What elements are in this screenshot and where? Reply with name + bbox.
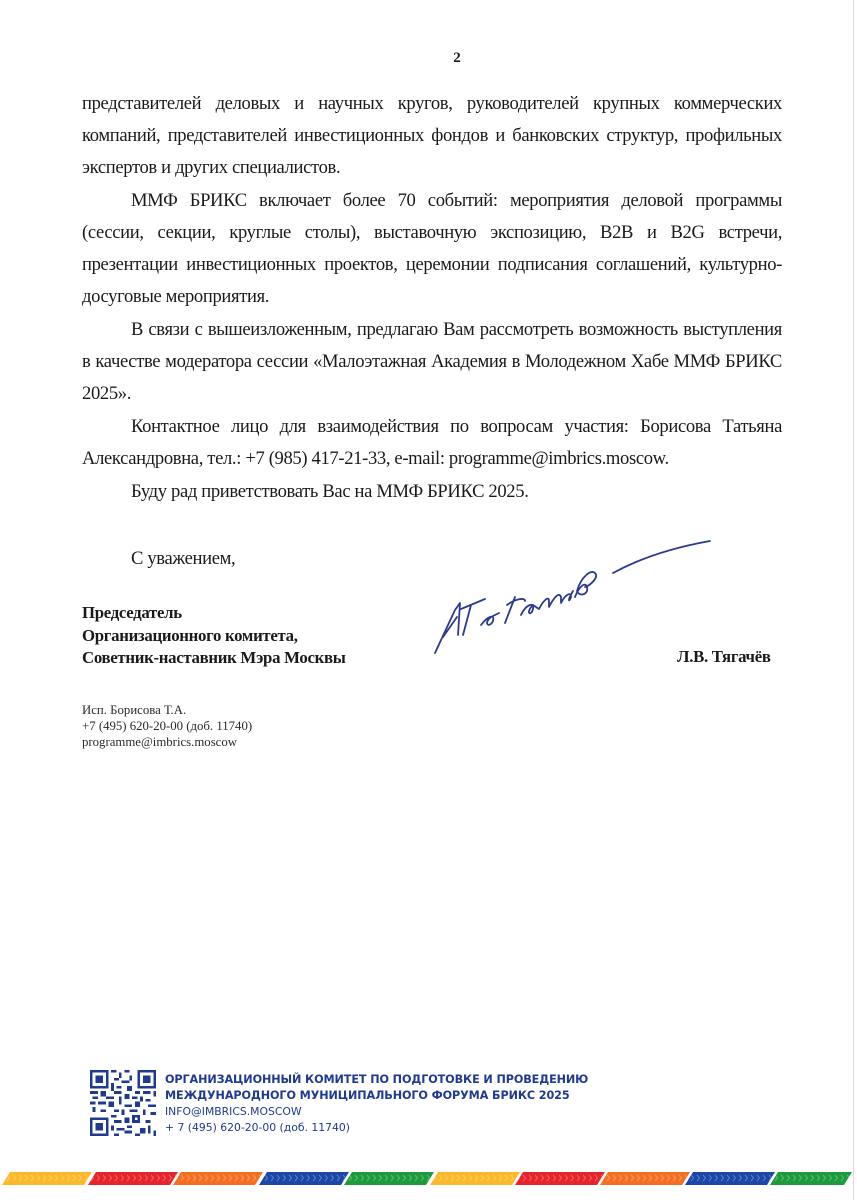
letter-body: представителей деловых и научных кругов,… <box>82 88 782 509</box>
signatory-title-line: Организационного комитета, <box>82 625 346 648</box>
paragraph-4: Контактное лицо для взаимодействия по во… <box>82 411 782 475</box>
paragraph-5: Буду рад приветствовать Вас на ММФ БРИКС… <box>82 476 782 508</box>
paragraph-2: ММФ БРИКС включает более 70 событий: мер… <box>82 185 782 313</box>
qr-code-icon <box>90 1070 156 1136</box>
footer-text: ОРГАНИЗАЦИОННЫЙ КОМИТЕТ ПО ПОДГОТОВКЕ И … <box>165 1070 588 1136</box>
closing-salutation: С уважением, <box>131 548 235 570</box>
signatory-title: Председатель Организационного комитета, … <box>82 602 346 670</box>
footer-email: INFO@IMBRICS.MOSCOW <box>165 1104 588 1120</box>
paragraph-1: представителей деловых и научных кругов,… <box>82 88 782 184</box>
executor-phone: +7 (495) 620-20-00 (доб. 11740) <box>82 718 252 734</box>
signatory-title-line: Председатель <box>82 602 346 625</box>
executor-name: Исп. Борисова Т.А. <box>82 702 252 718</box>
brand-stripes <box>0 1170 857 1186</box>
page-edge-line <box>853 0 854 1200</box>
signatory-title-line: Советник-наставник Мэра Москвы <box>82 647 346 670</box>
executor-info: Исп. Борисова Т.А. +7 (495) 620-20-00 (д… <box>82 702 252 750</box>
footer-org-line: МЕЖДУНАРОДНОГО МУНИЦИПАЛЬНОГО ФОРУМА БРИ… <box>165 1088 588 1104</box>
signature-icon <box>425 525 725 665</box>
footer-phone: + 7 (495) 620-20-00 (доб. 11740) <box>165 1120 588 1136</box>
signatory-name: Л.В. Тягачёв <box>677 647 771 667</box>
executor-email: programme@imbrics.moscow <box>82 734 252 750</box>
footer-org-line: ОРГАНИЗАЦИОННЫЙ КОМИТЕТ ПО ПОДГОТОВКЕ И … <box>165 1072 588 1088</box>
paragraph-3: В связи с вышеизложенным, предлагаю Вам … <box>82 314 782 410</box>
letterhead-footer: ОРГАНИЗАЦИОННЫЙ КОМИТЕТ ПО ПОДГОТОВКЕ И … <box>90 1070 588 1138</box>
page-number: 2 <box>0 50 857 67</box>
